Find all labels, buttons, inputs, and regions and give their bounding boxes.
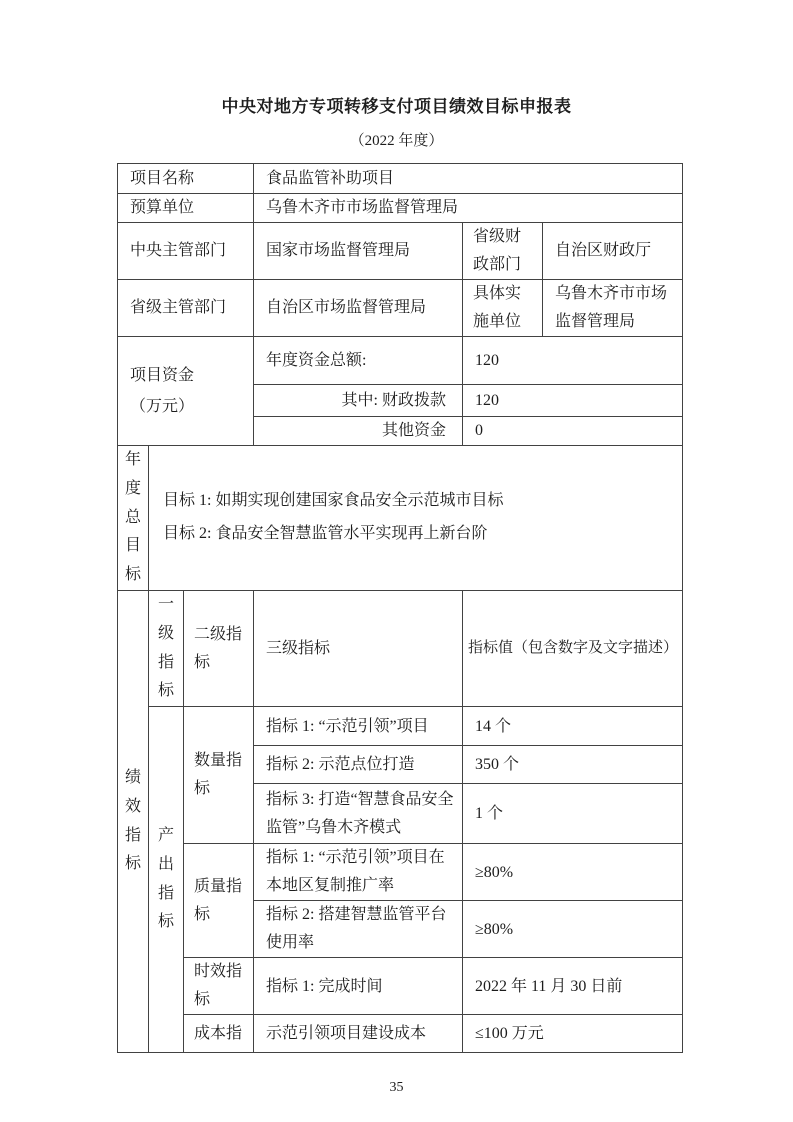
provincial-dept-value-cell: 自治区市场监督管理局 (254, 280, 463, 337)
value-header-cell: 指标值（包含数字及文字描述） (463, 590, 683, 706)
level3-header-cell: 三级指标 (254, 590, 463, 706)
level1-header: 一级指标 (157, 591, 175, 706)
annual-goal-label-cell: 年度总目标 (118, 446, 149, 591)
funds-total-value-cell: 120 (463, 337, 683, 385)
indicator-l3-cell: 指标 2: 示范点位打造 (254, 746, 463, 784)
level1-header-cell: 一级指标 (149, 590, 184, 706)
time-label-cell: 时效指标 (184, 958, 254, 1015)
indicator-value-cell: ≥80% (463, 901, 683, 958)
row-indicator-header: 绩效指标 一级指标 二级指标 三级指标 指标值（包含数字及文字描述） (118, 590, 683, 706)
indicator-l3-cell: 指标 1: “示范引领”项目在本地区复制推广率 (254, 844, 463, 901)
document-page: 中央对地方专项转移支付项目绩效目标申报表 （2022 年度） 项目名称 食品监管… (0, 0, 793, 1122)
row-budget-unit: 预算单位 乌鲁木齐市市场监督管理局 (118, 194, 683, 223)
cost-label-cell: 成本指 (184, 1015, 254, 1053)
form-year: （2022 年度） (0, 129, 793, 150)
annual-goal-line2: 目标 2: 食品安全智慧监管水平实现再上新台阶 (163, 518, 682, 551)
indicator-l3-cell: 指标 1: 完成时间 (254, 958, 463, 1015)
indicator-value-cell: 350 个 (463, 746, 683, 784)
level1-value-cell: 产出指标 (149, 707, 184, 1053)
funds-label-cell: 项目资金 （万元） (118, 337, 254, 446)
indicators-section-label-cell: 绩效指标 (118, 590, 149, 1052)
annual-goal-content-cell: 目标 1: 如期实现创建国家食品安全示范城市目标 目标 2: 食品安全智慧监管水… (149, 446, 683, 591)
indicator-l3-cell: 指标 2: 搭建智慧监管平台使用率 (254, 901, 463, 958)
project-name-value-cell: 食品监管补助项目 (254, 164, 683, 194)
page-number: 35 (0, 1080, 793, 1096)
funds-fiscal-value-cell: 120 (463, 385, 683, 417)
implement-unit-label-cell: 具体实施单位 (463, 280, 543, 337)
funds-total-label-cell: 年度资金总额: (254, 337, 463, 385)
central-dept-label-cell: 中央主管部门 (118, 223, 254, 280)
level2-header-cell: 二级指标 (184, 590, 254, 706)
indicator-value-cell: 2022 年 11 月 30 日前 (463, 958, 683, 1015)
row-annual-goal: 年度总目标 目标 1: 如期实现创建国家食品安全示范城市目标 目标 2: 食品安… (118, 446, 683, 591)
row-quality-1: 质量指标 指标 1: “示范引领”项目在本地区复制推广率 ≥80% (118, 844, 683, 901)
provincial-dept-label-cell: 省级主管部门 (118, 280, 254, 337)
implement-unit-value-cell: 乌鲁木齐市市场监督管理局 (543, 280, 683, 337)
budget-unit-value-cell: 乌鲁木齐市市场监督管理局 (254, 194, 683, 223)
annual-goal-line1: 目标 1: 如期实现创建国家食品安全示范城市目标 (163, 485, 682, 518)
provincial-finance-value-cell: 自治区财政厅 (543, 223, 683, 280)
funds-other-label-cell: 其他资金 (254, 417, 463, 446)
indicator-value-cell: 1 个 (463, 784, 683, 844)
row-central-dept: 中央主管部门 国家市场监督管理局 省级财政部门 自治区财政厅 (118, 223, 683, 280)
project-name-label-cell: 项目名称 (118, 164, 254, 194)
indicator-l3-cell: 示范引领项目建设成本 (254, 1015, 463, 1053)
funds-label-line1: 项目资金 (130, 360, 247, 391)
form-title: 中央对地方专项转移支付项目绩效目标申报表 (0, 92, 793, 117)
performance-target-form-table: 项目名称 食品监管补助项目 预算单位 乌鲁木齐市市场监督管理局 中央主管部门 国… (117, 163, 683, 1053)
row-provincial-dept: 省级主管部门 自治区市场监督管理局 具体实施单位 乌鲁木齐市市场监督管理局 (118, 280, 683, 337)
quality-label-cell: 质量指标 (184, 844, 254, 958)
quantity-label-cell: 数量指标 (184, 707, 254, 844)
indicator-l3-cell: 指标 1: “示范引领”项目 (254, 707, 463, 746)
indicator-value-cell: 14 个 (463, 707, 683, 746)
funds-label-line2: （万元） (130, 391, 247, 422)
indicators-section-label: 绩效指标 (124, 764, 142, 879)
budget-unit-label-cell: 预算单位 (118, 194, 254, 223)
funds-other-value-cell: 0 (463, 417, 683, 446)
provincial-finance-label-cell: 省级财政部门 (463, 223, 543, 280)
indicator-l3-cell: 指标 3: 打造“智慧食品安全监管”乌鲁木齐模式 (254, 784, 463, 844)
annual-goal-label: 年度总目标 (124, 446, 142, 590)
central-dept-value-cell: 国家市场监督管理局 (254, 223, 463, 280)
funds-fiscal-label-cell: 其中: 财政拨款 (254, 385, 463, 417)
indicator-value-cell: ≤100 万元 (463, 1015, 683, 1053)
row-time-1: 时效指标 指标 1: 完成时间 2022 年 11 月 30 日前 (118, 958, 683, 1015)
row-cost-1: 成本指 示范引领项目建设成本 ≤100 万元 (118, 1015, 683, 1053)
level1-value: 产出指标 (157, 822, 175, 937)
indicator-value-cell: ≥80% (463, 844, 683, 901)
row-project-name: 项目名称 食品监管补助项目 (118, 164, 683, 194)
row-quantity-1: 产出指标 数量指标 指标 1: “示范引领”项目 14 个 (118, 707, 683, 746)
row-funds-total: 项目资金 （万元） 年度资金总额: 120 (118, 337, 683, 385)
